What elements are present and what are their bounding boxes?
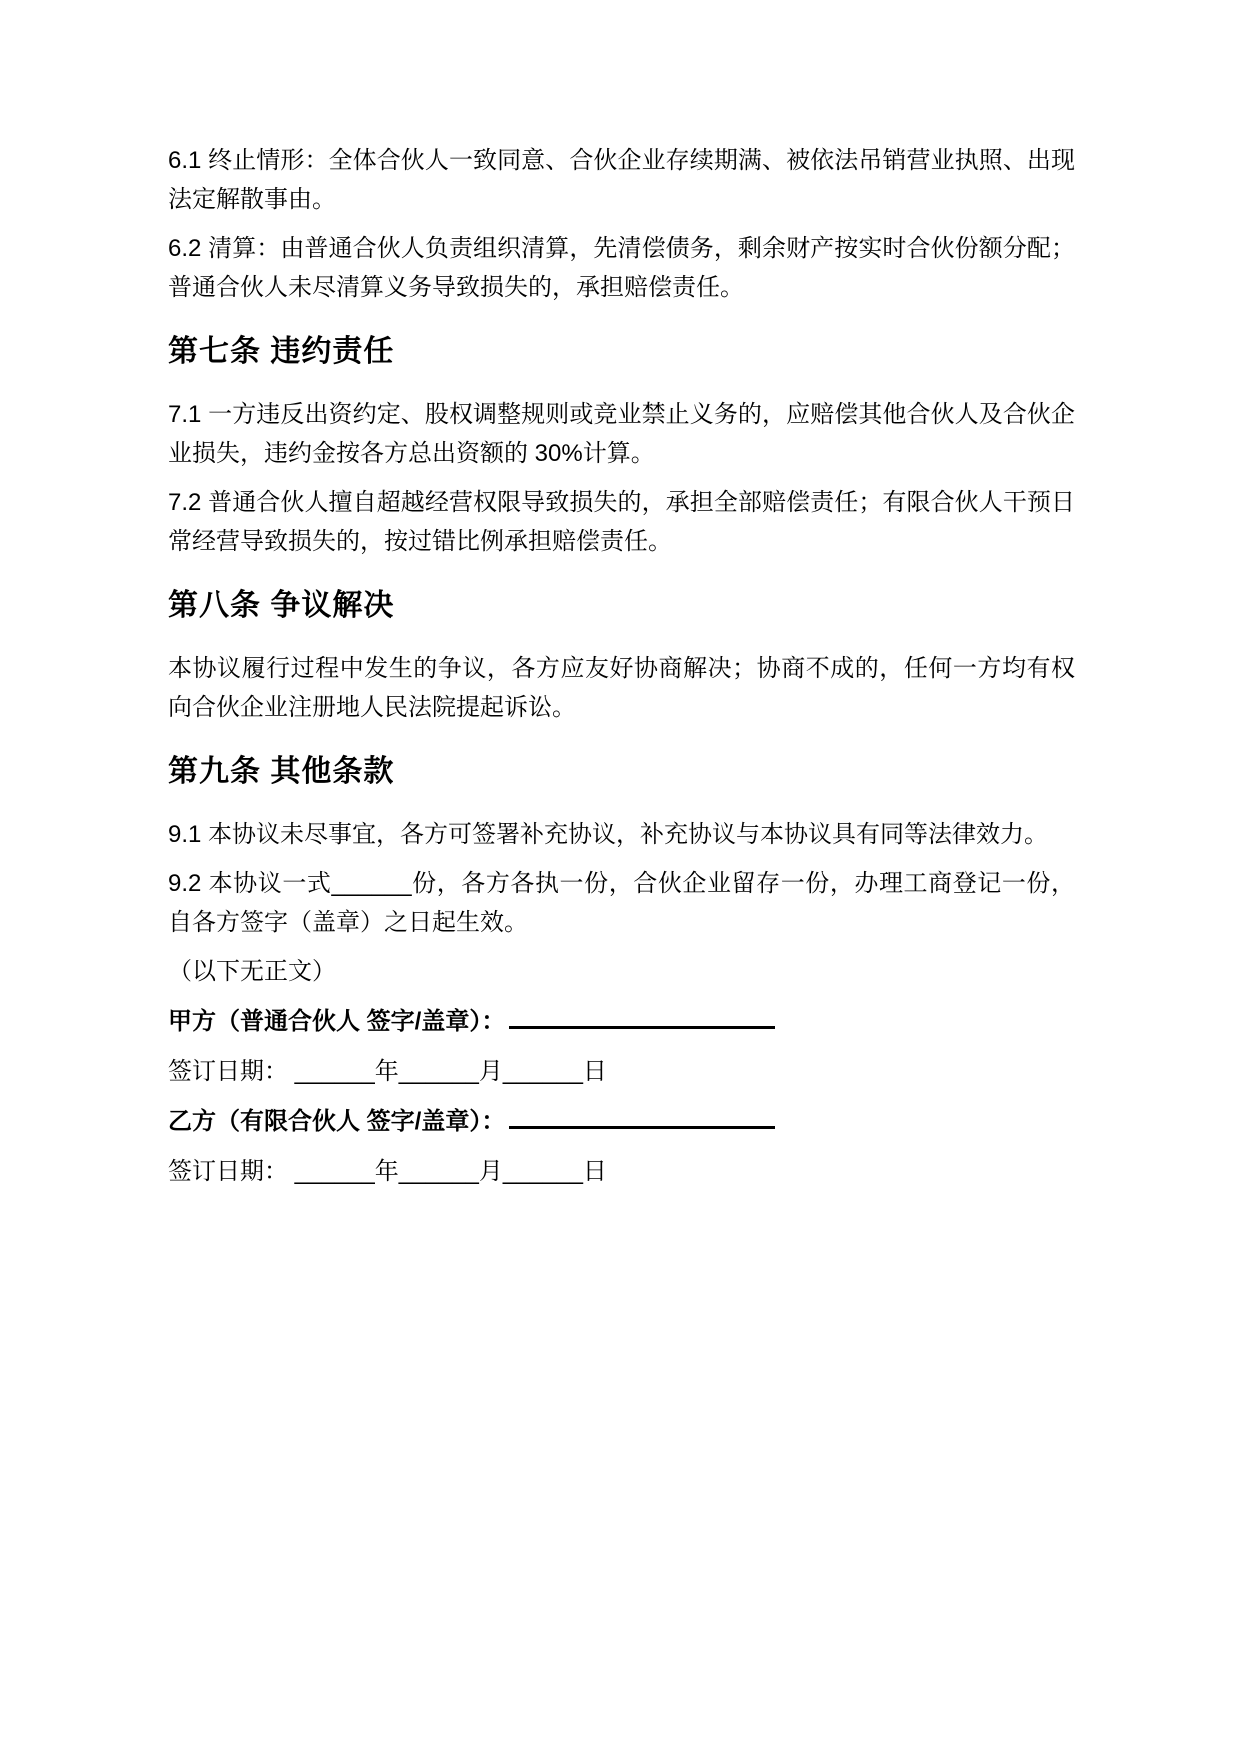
heading-article-7: 第七条 违约责任 (168, 335, 1075, 369)
party-b-date-row: 签订日期： ______年______月______日 (168, 1152, 1075, 1191)
party-a-signature-line (509, 1002, 775, 1029)
party-a-signature-label: 甲方（普通合伙人 签字/盖章）： (168, 1008, 505, 1035)
clause-7-2: 7.2 普通合伙人擅自超越经营权限导致损失的，承担全部赔偿责任；有限合伙人干预日… (168, 483, 1075, 561)
clause-7-1: 7.1 一方违反出资约定、股权调整规则或竞业禁止义务的，应赔偿其他合伙人及合伙企… (168, 395, 1075, 473)
clause-6-2: 6.2 清算：由普通合伙人负责组织清算，先清偿债务，剩余财产按实时合伙份额分配；… (168, 229, 1075, 307)
heading-article-9: 第九条 其他条款 (168, 755, 1075, 789)
party-b-signature-line (509, 1102, 775, 1129)
party-b-signature-row: 乙方（有限合伙人 签字/盖章）： (168, 1102, 1075, 1141)
note-no-more-text: （以下无正文） (168, 952, 1075, 991)
contract-document-page: 6.1 终止情形：全体合伙人一致同意、合伙企业存续期满、被依法吊销营业执照、出现… (0, 0, 1241, 1755)
clause-9-1: 9.1 本协议未尽事宜，各方可签署补充协议，补充协议与本协议具有同等法律效力。 (168, 815, 1075, 854)
party-a-signature-row: 甲方（普通合伙人 签字/盖章）： (168, 1002, 1075, 1041)
clause-9-2: 9.2 本协议一式______份，各方各执一份，合伙企业留存一份，办理工商登记一… (168, 864, 1075, 942)
party-a-date-row: 签订日期： ______年______月______日 (168, 1052, 1075, 1091)
paragraph-dispute-resolution: 本协议履行过程中发生的争议，各方应友好协商解决；协商不成的，任何一方均有权向合伙… (168, 649, 1075, 727)
clause-6-1: 6.1 终止情形：全体合伙人一致同意、合伙企业存续期满、被依法吊销营业执照、出现… (168, 141, 1075, 219)
party-b-signature-label: 乙方（有限合伙人 签字/盖章）： (168, 1108, 505, 1135)
heading-article-8: 第八条 争议解决 (168, 589, 1075, 623)
